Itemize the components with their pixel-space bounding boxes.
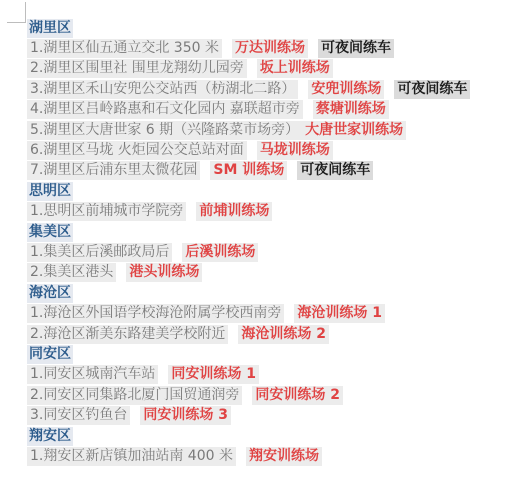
training-ground-name: SM 训练场 (210, 161, 287, 180)
address-text: 2.同安区同集路北厦门国贸通润旁 (27, 386, 242, 405)
training-ground-name: 海沧训练场 2 (238, 325, 329, 344)
training-ground-name: 翔安训练场 (246, 447, 322, 466)
night-practice-badge: 可夜间练车 (318, 39, 394, 58)
address-text: 5.湖里区大唐世家 6 期（兴隆路菜市场旁） (27, 121, 302, 140)
list-item: 7.湖里区后浦东里太微花园SM 训练场可夜间练车 (27, 161, 519, 181)
training-ground-name: 蔡塘训练场 (313, 100, 389, 119)
margin-crop-mark-horizontal (7, 22, 26, 23)
night-practice-badge: 可夜间练车 (297, 161, 373, 180)
list-item: 1.海沧区外国语学校海沧附属学校西南旁海沧训练场 1 (27, 303, 519, 323)
training-ground-name: 大唐世家训练场 (302, 121, 406, 140)
training-ground-name: 马垅训练场 (257, 141, 333, 160)
training-ground-name: 前埔训练场 (196, 202, 272, 221)
training-ground-name: 海沧训练场 1 (294, 304, 385, 323)
night-practice-badge: 可夜间练车 (394, 80, 470, 99)
district-header-line: 海沧区 (27, 283, 519, 303)
list-item: 2.同安区同集路北厦门国贸通润旁同安训练场 2 (27, 385, 519, 405)
address-text: 4.湖里区吕岭路惠和石文化园内 嘉联超市旁 (27, 100, 303, 119)
district-header-line: 同安区 (27, 344, 519, 364)
address-text: 3.同安区钓鱼台 (27, 406, 130, 425)
margin-crop-mark-vertical (25, 2, 26, 22)
address-text: 1.湖里区仙五通立交北 350 米 (27, 39, 222, 58)
district-header-line: 思明区 (27, 181, 519, 201)
list-item: 1.翔安区新店镇加油站南 400 米翔安训练场 (27, 446, 519, 466)
address-text: 1.翔安区新店镇加油站南 400 米 (27, 447, 236, 466)
list-item: 3.湖里区禾山安兜公交站西（枋湖北二路）安兜训练场可夜间练车 (27, 79, 519, 99)
list-item: 3.同安区钓鱼台同安训练场 3 (27, 405, 519, 425)
training-ground-name: 万达训练场 (232, 39, 308, 58)
district-header: 湖里区 (27, 19, 73, 38)
address-text: 1.集美区后溪邮政局后 (27, 243, 172, 262)
training-ground-list: 湖里区1.湖里区仙五通立交北 350 米万达训练场可夜间练车2.湖里区围里社 围… (27, 18, 519, 467)
address-text: 3.湖里区禾山安兜公交站西（枋湖北二路） (27, 80, 298, 99)
address-text: 1.思明区前埔城市学院旁 (27, 202, 186, 221)
list-item: 2.集美区港头港头训练场 (27, 263, 519, 283)
address-text: 2.海沧区渐美东路建美学校附近 (27, 325, 228, 344)
district-header-line: 翔安区 (27, 426, 519, 446)
list-item: 1.湖里区仙五通立交北 350 米万达训练场可夜间练车 (27, 38, 519, 58)
list-item: 6.湖里区马垅 火炬园公交总站对面马垅训练场 (27, 140, 519, 160)
training-ground-name: 同安训练场 1 (168, 365, 259, 384)
address-text: 1.海沧区外国语学校海沧附属学校西南旁 (27, 304, 284, 323)
list-item: 2.海沧区渐美东路建美学校附近海沧训练场 2 (27, 324, 519, 344)
address-text: 2.集美区港头 (27, 263, 116, 282)
district-header: 翔安区 (27, 427, 73, 446)
address-text: 6.湖里区马垅 火炬园公交总站对面 (27, 141, 247, 160)
training-ground-name: 安兜训练场 (308, 80, 384, 99)
list-item: 5.湖里区大唐世家 6 期（兴隆路菜市场旁）大唐世家训练场 (27, 120, 519, 140)
training-ground-name: 后溪训练场 (182, 243, 258, 262)
district-header: 思明区 (27, 182, 73, 201)
district-header: 海沧区 (27, 284, 73, 303)
district-header: 同安区 (27, 345, 73, 364)
list-item: 1.思明区前埔城市学院旁前埔训练场 (27, 202, 519, 222)
training-ground-name: 港头训练场 (126, 263, 202, 282)
list-item: 2.湖里区围里社 围里龙翔幼儿园旁坂上训练场 (27, 59, 519, 79)
training-ground-name: 同安训练场 2 (252, 386, 343, 405)
list-item: 1.集美区后溪邮政局后后溪训练场 (27, 242, 519, 262)
document-page: 湖里区1.湖里区仙五通立交北 350 米万达训练场可夜间练车2.湖里区围里社 围… (0, 0, 521, 479)
training-ground-name: 坂上训练场 (257, 59, 333, 78)
district-header-line: 集美区 (27, 222, 519, 242)
training-ground-name: 同安训练场 3 (140, 406, 231, 425)
address-text: 7.湖里区后浦东里太微花园 (27, 161, 200, 180)
district-header-line: 湖里区 (27, 18, 519, 38)
address-text: 1.同安区城南汽车站 (27, 365, 158, 384)
district-header: 集美区 (27, 223, 73, 242)
list-item: 4.湖里区吕岭路惠和石文化园内 嘉联超市旁蔡塘训练场 (27, 100, 519, 120)
address-text: 2.湖里区围里社 围里龙翔幼儿园旁 (27, 59, 247, 78)
list-item: 1.同安区城南汽车站同安训练场 1 (27, 365, 519, 385)
